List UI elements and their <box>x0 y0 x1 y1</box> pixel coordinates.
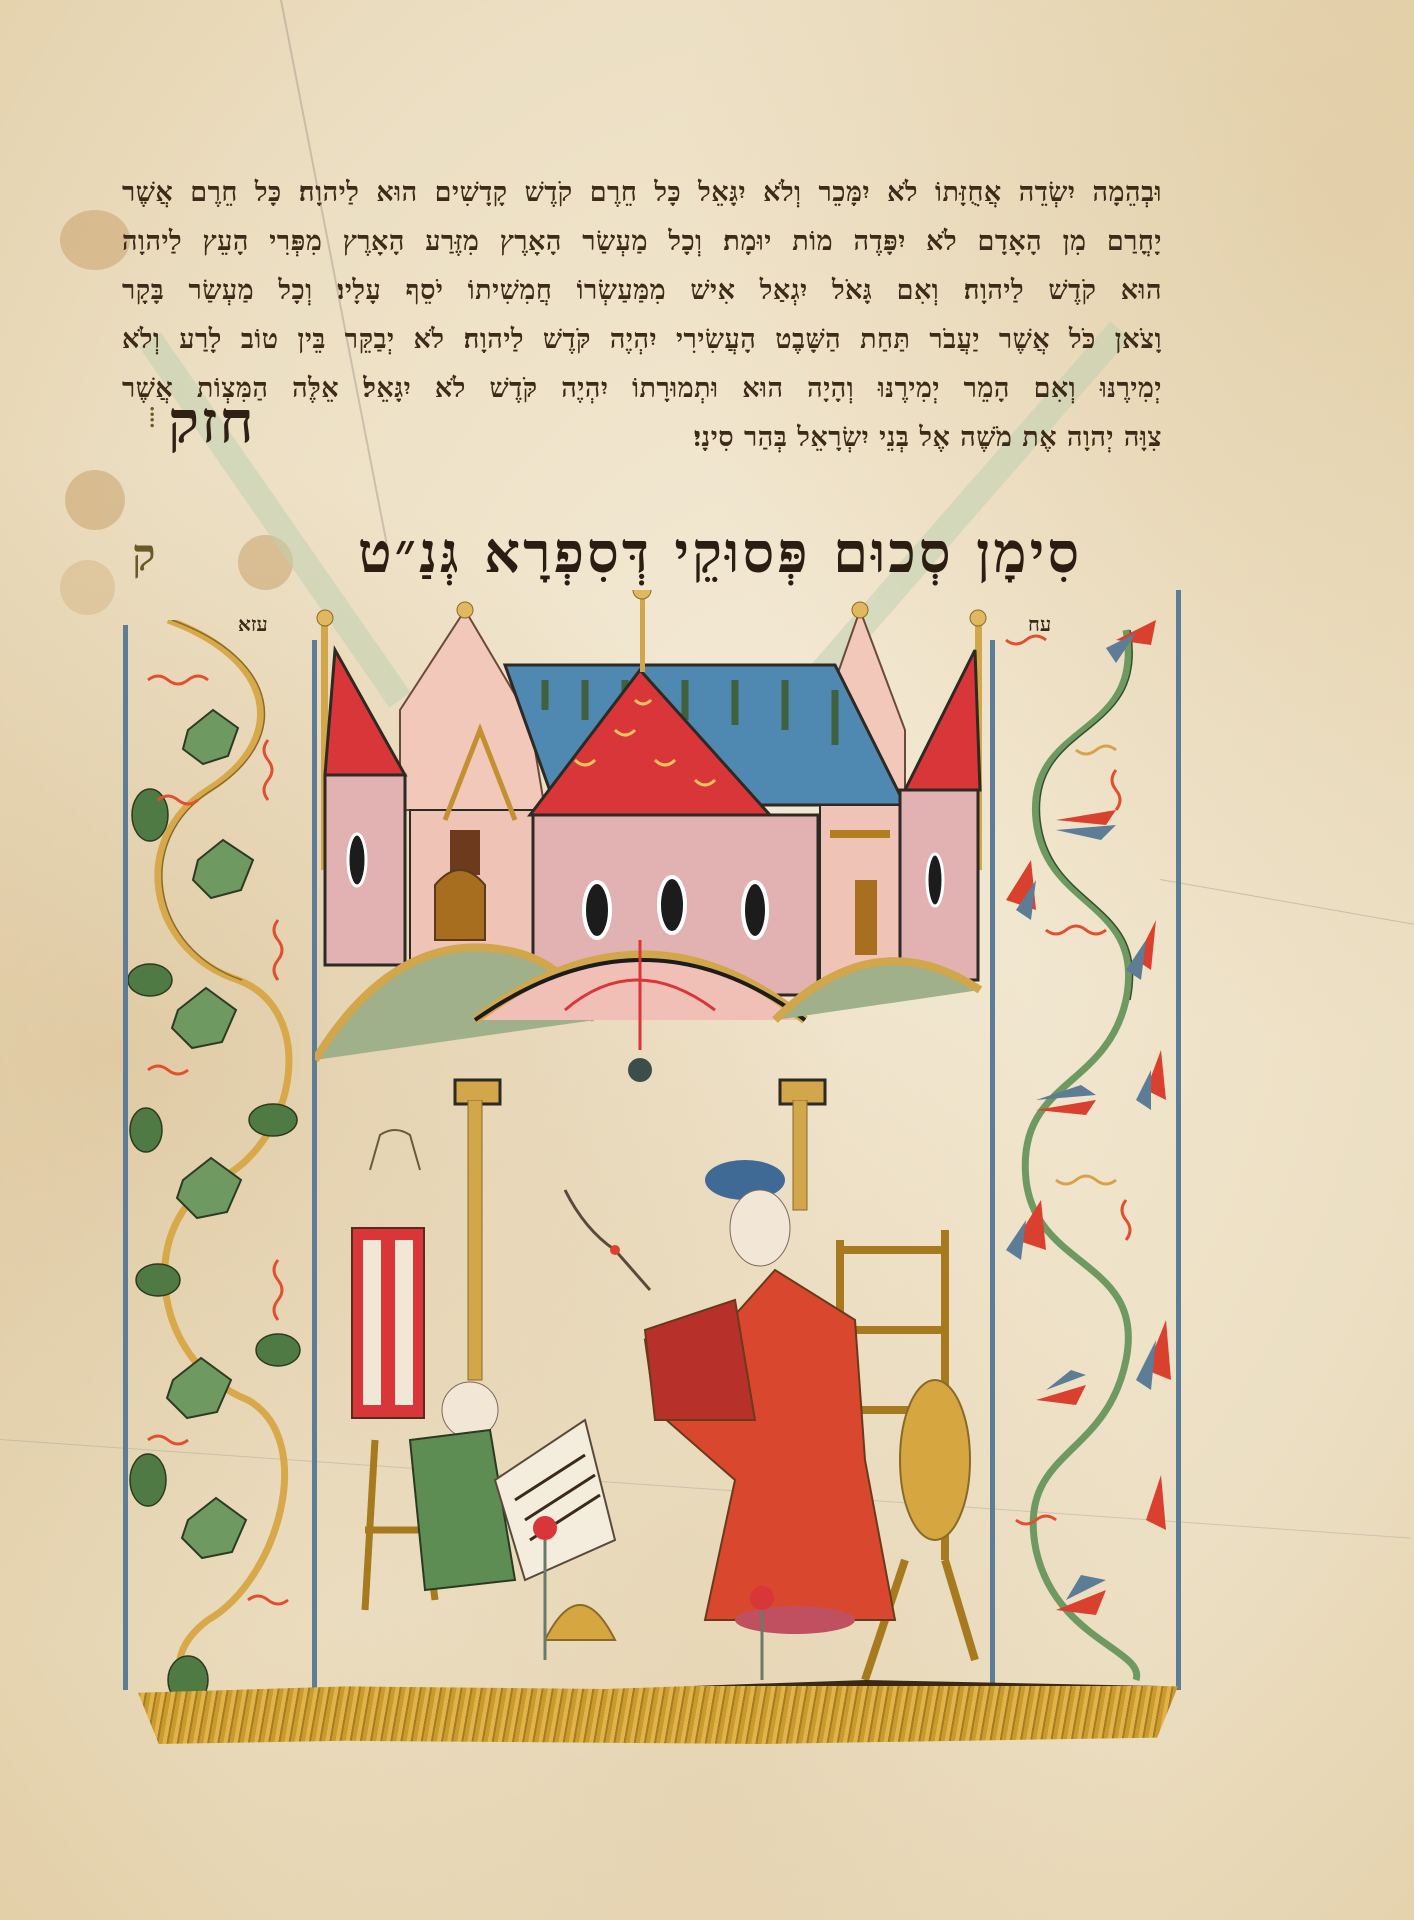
text-line: הוּא קֹדֶשׁ לַיהוָה׃ וְאִם גָּאֹל יִגְאַ… <box>122 266 1162 315</box>
text-line: יָחֳרַם מִן הָאָדָם לֹא יִפָּדֶה מוֹת יו… <box>122 217 1162 266</box>
right-border-vine <box>996 620 1176 1700</box>
text-block: וּבְהֵמָה יִשְׂדֵה אֲחֻזָּתוֹ לֹא יִמָּכ… <box>122 168 1162 462</box>
text-line: יְמִירֶנּוּ וְאִם הָמֵר יְמִירֶנּוּ וְהָ… <box>122 364 1162 413</box>
left-border-vine <box>128 620 312 1700</box>
text-line: צִוָּה יְהוָה אֶת מֹשֶׁה אֶל בְּנֵי יִשְ… <box>122 413 1162 462</box>
right-border-inner-rule <box>990 640 995 1690</box>
illumination-building <box>315 590 990 1130</box>
section-mark: ⁞ <box>148 400 156 435</box>
masoretic-heading: סִימָן סְכוּם פְּסוּקֵי דְּסִפְרָא גְּנַ… <box>290 520 1150 586</box>
text-line: וָצֹאן כֹּל אֲשֶׁר יַעֲבֹר תַּחַת הַשָּׁ… <box>122 315 1162 364</box>
illumination-scene <box>315 1100 990 1700</box>
heading-marginal-letter: ק <box>132 530 156 581</box>
right-border-outer-rule <box>1176 590 1181 1690</box>
text-line: וּבְהֵמָה יִשְׂדֵה אֲחֻזָּתוֹ לֹא יִמָּכ… <box>122 168 1162 217</box>
closing-word: חזק <box>168 388 256 456</box>
grass-ground <box>138 1680 1178 1744</box>
